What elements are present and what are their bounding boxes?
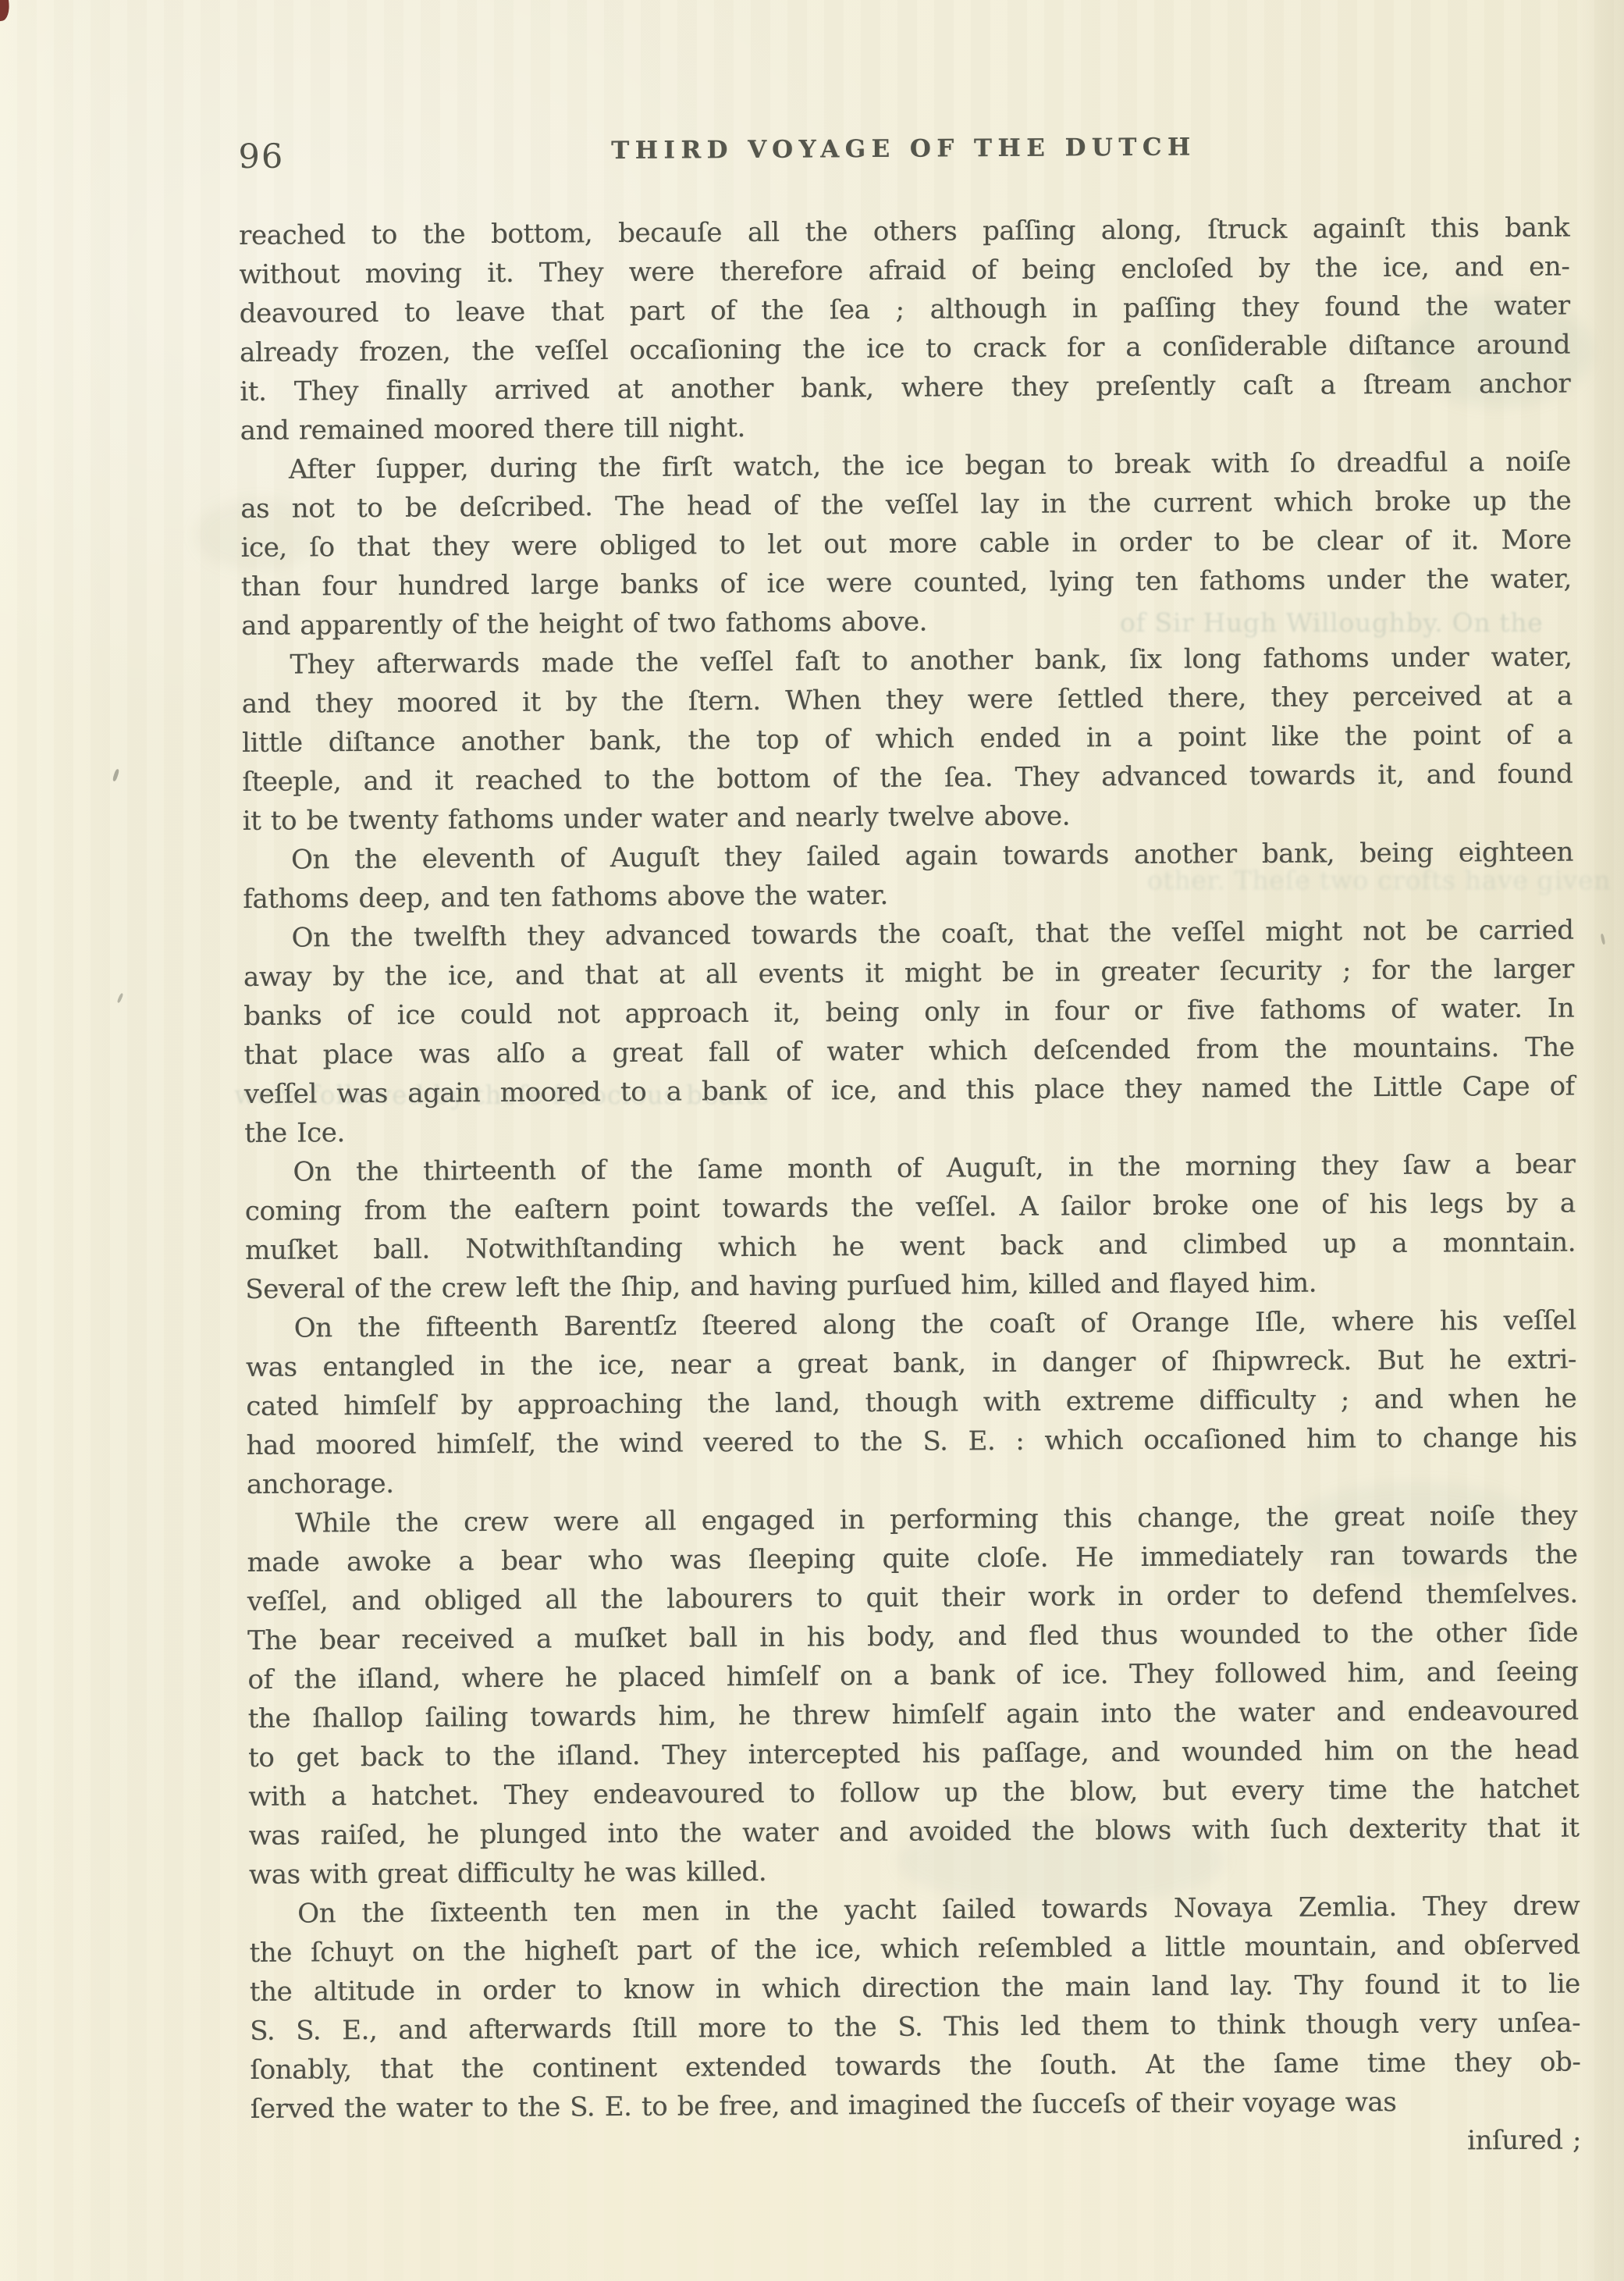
paragraphs: reached to the bottom, becauſe all the o… bbox=[239, 208, 1581, 2129]
text-line: had moored himſelf, the wind veered to t… bbox=[246, 1418, 1576, 1465]
paragraph: After ſupper, during the firſt watch, th… bbox=[240, 443, 1572, 646]
ink-speck bbox=[117, 993, 124, 1004]
text-line: On the eleventh of Auguſt they ſailed ag… bbox=[243, 833, 1573, 880]
page-content: 96 THIRD VOYAGE OF THE DUTCH reached to … bbox=[237, 0, 1582, 2281]
body-text: reached to the bottom, becauſe all the o… bbox=[239, 208, 1581, 2168]
scan-page: of Sir Hugh Willoughby. On the were foll… bbox=[0, 0, 1624, 2281]
text-line: muſket ball. Notwithſtanding which he we… bbox=[245, 1223, 1576, 1270]
catchword: inſured ; bbox=[251, 2121, 1581, 2168]
paragraph: They afterwards made the veſſel faſt to … bbox=[241, 638, 1572, 841]
paragraph: While the crew were all engaged in perfo… bbox=[247, 1496, 1580, 1895]
text-line: than four hundred large banks of ice wer… bbox=[241, 560, 1572, 607]
text-line: ſerved the water to the S. E. to be free… bbox=[251, 2082, 1581, 2129]
paragraph: On the twelfth they advanced towards the… bbox=[243, 911, 1575, 1153]
text-line: was raiſed, he plunged into the water an… bbox=[248, 1809, 1579, 1856]
paragraph: On the thirteenth of the ſame month of A… bbox=[244, 1145, 1576, 1309]
paragraph: On the fifteenth Barentſz ſteered along … bbox=[246, 1301, 1577, 1504]
scan-corner-mark bbox=[0, 0, 11, 21]
text-line: veſſel was again moored to a bank of ice… bbox=[244, 1067, 1575, 1114]
text-line: it. They finally arrived at another bank… bbox=[240, 365, 1570, 411]
ink-speck bbox=[1601, 934, 1606, 945]
paragraph: On the eleventh of Auguſt they ſailed ag… bbox=[243, 833, 1574, 919]
text-line: ſteeple, and it reached to the bottom of… bbox=[242, 755, 1572, 802]
paragraph: On the ſixteenth ten men in the yacht ſa… bbox=[249, 1887, 1581, 2129]
ink-speck bbox=[112, 769, 120, 782]
paragraph: reached to the bottom, becauſe all the o… bbox=[239, 208, 1571, 450]
running-header: THIRD VOYAGE OF THE DUTCH bbox=[238, 131, 1569, 167]
